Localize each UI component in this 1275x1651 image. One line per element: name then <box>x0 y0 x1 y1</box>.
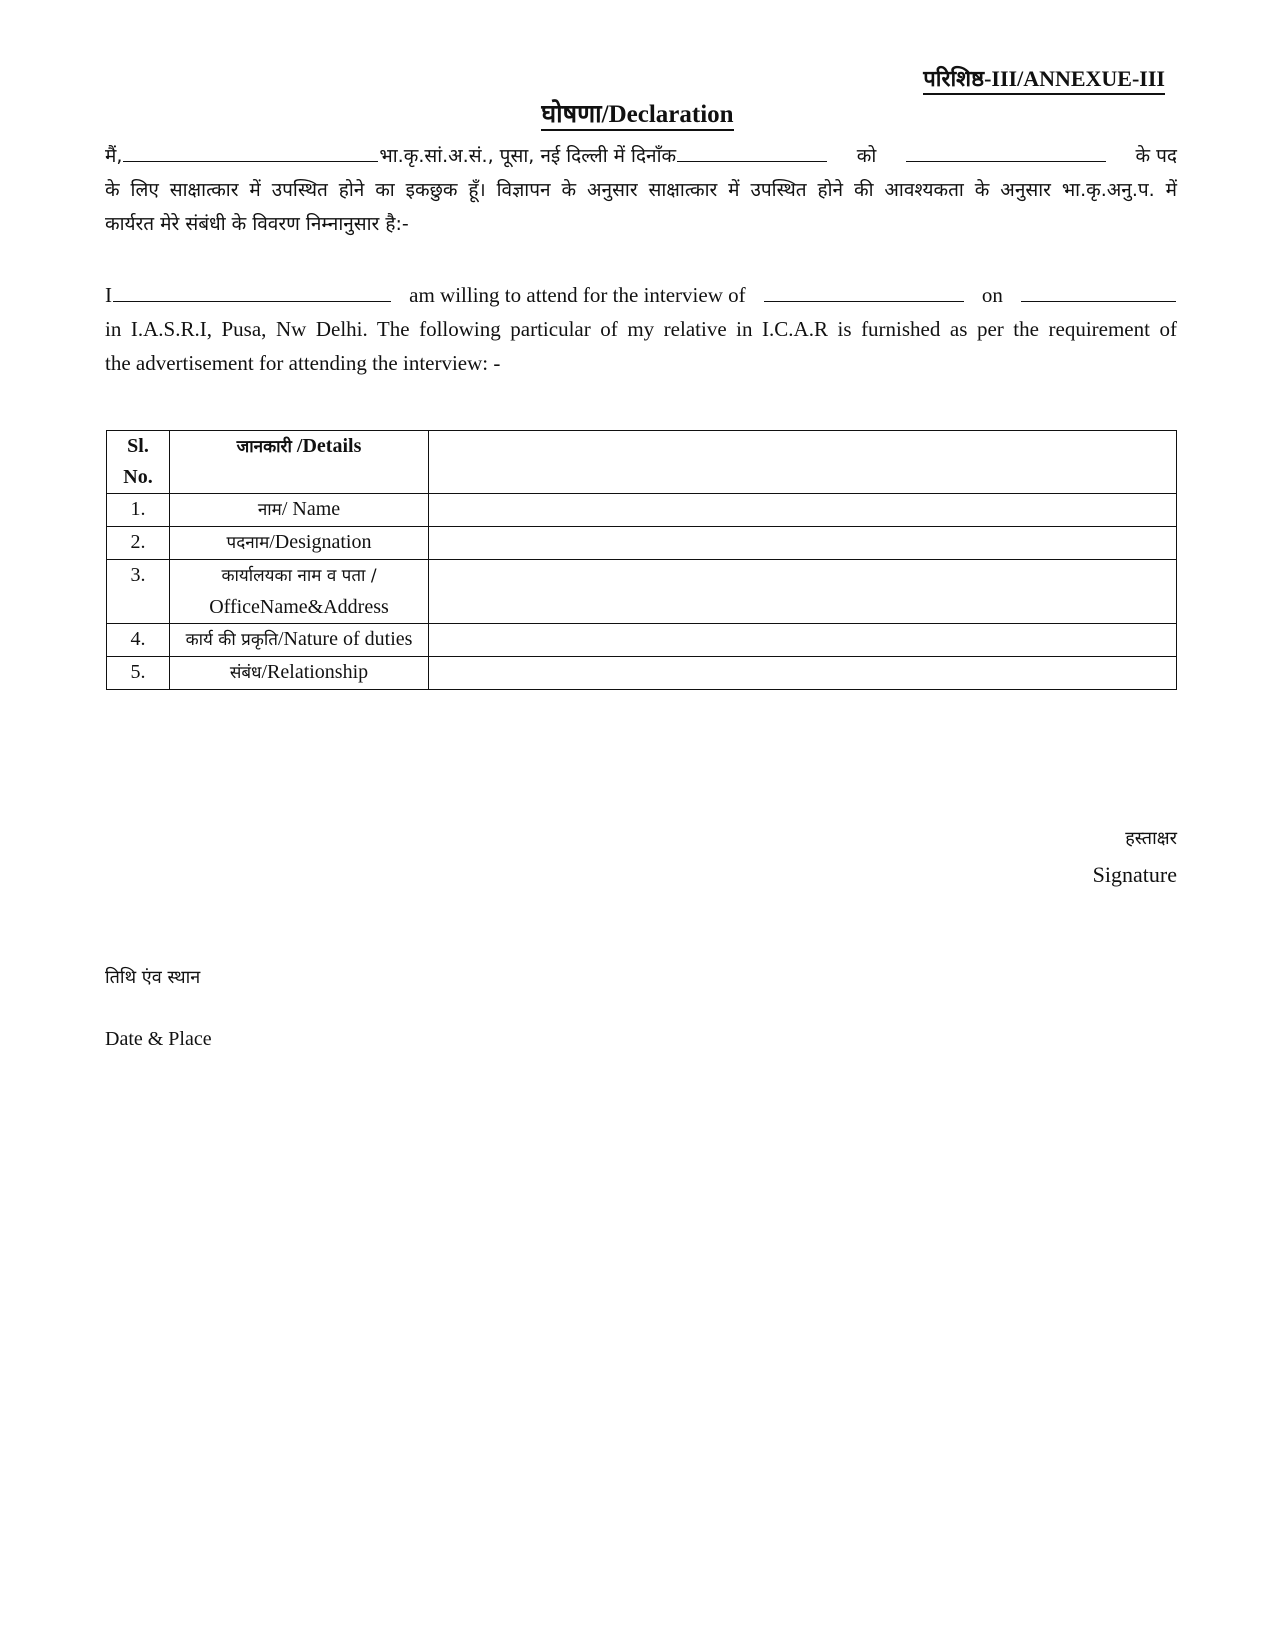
row-label: कार्यालयका नाम व पता /OfficeName&Address <box>170 560 429 624</box>
row-label-hindi: नाम <box>258 500 282 520</box>
row-value-relationship[interactable] <box>429 657 1177 690</box>
name-blank-hindi[interactable] <box>123 143 378 162</box>
english-text-on: on <box>982 278 1003 312</box>
table-row: 2. पदनाम/Designation <box>107 527 1177 560</box>
signature-label-english: Signature <box>1093 862 1177 888</box>
header-details: जानकारी /Details <box>170 431 429 494</box>
english-text-i: I <box>105 278 112 312</box>
name-blank-english[interactable] <box>113 283 391 302</box>
date-place-label-hindi: तिथि एंव स्थान <box>105 965 200 989</box>
row-sl: 5. <box>107 657 170 690</box>
table-header-row: Sl. No. जानकारी /Details <box>107 431 1177 494</box>
row-label-english: /Nature of duties <box>278 628 412 650</box>
table-row: 3. कार्यालयका नाम व पता /OfficeName&Addr… <box>107 560 1177 624</box>
hindi-line-2: के लिए साक्षात्कार में उपस्थित होने का इ… <box>105 173 1177 207</box>
row-sl: 4. <box>107 624 170 657</box>
row-label-hindi: संबंध <box>230 663 262 683</box>
hindi-declaration-paragraph: मैं, भा.कृ.सां.अ.सं., पूसा, नई दिल्ली मे… <box>105 139 1177 241</box>
row-value-designation[interactable] <box>429 527 1177 560</box>
hindi-line-3: कार्यरत मेरे संबंधी के विवरण निम्नानुसार… <box>105 207 1177 241</box>
row-label-english: /Relationship <box>261 661 368 683</box>
english-text-willing: am willing to attend for the interview o… <box>409 278 746 312</box>
row-sl: 2. <box>107 527 170 560</box>
hindi-text-ko: को <box>857 139 877 173</box>
row-label: पदनाम/Designation <box>170 527 429 560</box>
row-label-english: / Name <box>282 498 340 520</box>
english-line-2: in I.A.S.R.I, Pusa, Nw Delhi. The follow… <box>105 312 1177 346</box>
hindi-text-post: के पद <box>1135 139 1177 173</box>
row-label: नाम/ Name <box>170 494 429 527</box>
header-value <box>429 431 1177 494</box>
english-line-1: I am willing to attend for the interview… <box>105 278 1177 312</box>
header-details-english: /Details <box>292 435 361 457</box>
document-title: घोषणा/Declaration <box>0 100 1275 130</box>
post-blank-hindi[interactable] <box>906 143 1106 162</box>
date-blank-english[interactable] <box>1021 283 1176 302</box>
hindi-text-main: मैं, <box>105 139 122 173</box>
row-value-duties[interactable] <box>429 624 1177 657</box>
table-row: 1. नाम/ Name <box>107 494 1177 527</box>
row-label: संबंध/Relationship <box>170 657 429 690</box>
table-row: 5. संबंध/Relationship <box>107 657 1177 690</box>
row-label-hindi: पदनाम <box>227 533 270 553</box>
row-value-name[interactable] <box>429 494 1177 527</box>
row-label-hindi: कार्य की प्रकृति <box>186 630 278 650</box>
hindi-line-1: मैं, भा.कृ.सां.अ.सं., पूसा, नई दिल्ली मे… <box>105 139 1177 173</box>
row-value-office[interactable] <box>429 560 1177 624</box>
english-declaration-paragraph: I am willing to attend for the interview… <box>105 278 1177 380</box>
header-sl-no: Sl. No. <box>107 431 170 494</box>
date-blank-hindi[interactable] <box>677 143 827 162</box>
header-details-hindi: जानकारी <box>237 437 292 457</box>
hindi-text-institute: भा.कृ.सां.अ.सं., पूसा, नई दिल्ली में दिन… <box>379 139 676 173</box>
row-sl: 3. <box>107 560 170 624</box>
row-label: कार्य की प्रकृति/Nature of duties <box>170 624 429 657</box>
row-label-hindi: कार्यालयका नाम व पता / <box>221 566 376 586</box>
annexure-label: परिशिष्ठ-III/ANNEXUE-III <box>923 66 1165 95</box>
row-sl: 1. <box>107 494 170 527</box>
english-line-3: the advertisement for attending the inte… <box>105 346 1177 380</box>
post-blank-english[interactable] <box>764 283 964 302</box>
document-title-text: घोषणा/Declaration <box>541 101 733 131</box>
relative-details-table: Sl. No. जानकारी /Details 1. नाम/ Name 2.… <box>106 430 1177 690</box>
signature-label-hindi: हस्ताक्षर <box>1125 826 1177 850</box>
table-row: 4. कार्य की प्रकृति/Nature of duties <box>107 624 1177 657</box>
row-label-english: OfficeName&Address <box>209 596 389 618</box>
row-label-english: /Designation <box>269 531 371 553</box>
date-place-label-english: Date & Place <box>105 1028 212 1051</box>
